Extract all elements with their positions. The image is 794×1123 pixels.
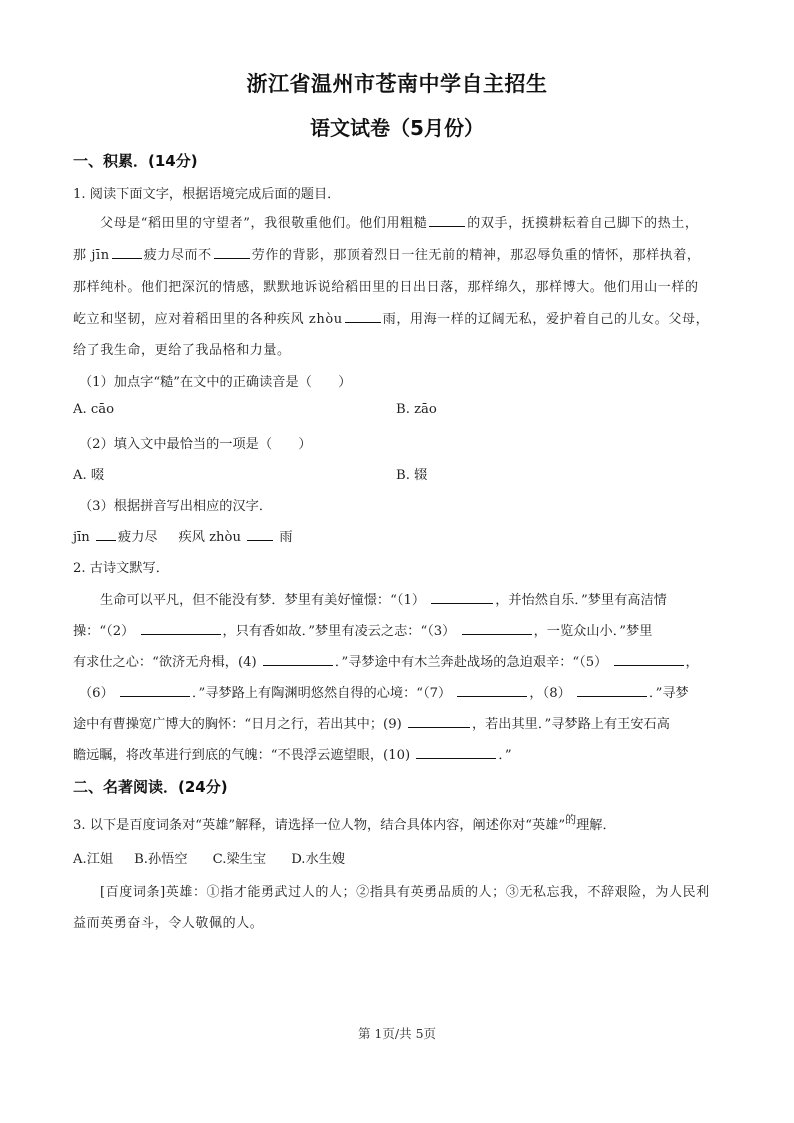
definition-line-1: [百度词条]英雄：①指才能勇武过人的人；②指具有英勇品质的人；③无私忘我，不辞艰… (100, 881, 710, 900)
blank (214, 246, 250, 259)
blank (457, 684, 527, 697)
poem-line-2: 操：“（2） ，只有香如故．”梦里有凌云之志：“（3） ，一览众山小．”梦里 (73, 620, 652, 639)
passage-line-5: 给了我生命，更给了我品格和力量。 (73, 339, 291, 358)
blank (120, 684, 190, 697)
question-3-prompt: 3. 以下是百度词条对“英雄”解释，请选择一位人物，结合具体内容，阐述你对“英雄… (73, 814, 616, 833)
page-indicator: 第 1页/共 5页 (0, 1024, 794, 1042)
option-a-2: A. 啜 (73, 464, 104, 483)
blank (577, 684, 647, 697)
sub-question-2: （2）填入文中最恰当的一项是（ ） (79, 433, 312, 452)
option-b: B.孙悟空 (134, 852, 187, 867)
passage-line-2: 那 jīn疲力尽而不劳作的背影，那顶着烈日一往无前的精神，那忍辱负重的情怀，那样… (73, 244, 701, 263)
passage-line-4: 屹立和坚韧，应对着稻田里的各种疾风 zhòu雨，用海一样的辽阔无私，爱护着自己的… (73, 308, 709, 327)
sub-question-1: （1）加点字“糙”在文中的正确读音是（ ） (79, 371, 351, 390)
blank (416, 746, 496, 759)
option-a: A.江姐 (73, 852, 113, 867)
blank (462, 622, 532, 635)
pinyin-line: jīn 疲力尽 疾风 zhòu 雨 (73, 526, 293, 545)
option-b-1: B. zāo (396, 402, 437, 417)
poem-line-6: 瞻远瞩，将改革进行到底的气魄：“不畏浮云遮望眼，(10) ．” (73, 744, 512, 763)
option-b-2: B. 辍 (396, 464, 427, 483)
passage-line-3: 那样纯朴。他们把深沉的情感，默默地诉说给稻田里的日出日落，那样绵久，那样博大。他… (73, 276, 699, 295)
blank (141, 622, 221, 635)
exam-title: 浙江省温州市苍南中学自主招生 (0, 68, 794, 98)
question-1-prompt: 1. 阅读下面文字，根据语境完成后面的题目． (73, 183, 340, 202)
question-2-prompt: 2. 古诗文默写． (73, 557, 169, 576)
section-heading-accumulation: 一、积累．(14分) (73, 150, 198, 171)
blank (345, 310, 381, 323)
exam-subtitle: 语文试卷（5月份） (0, 112, 794, 141)
blank (429, 214, 465, 227)
blank (247, 528, 273, 541)
poem-line-4: （6） ．”寻梦路上有陶渊明悠然自得的心境：“（7） ，（8） ．”寻梦 (79, 682, 689, 701)
poem-line-1: 生命可以平凡，但不能没有梦．梦里有美好憧憬：“（1） ，并怡然自乐．”梦里有高洁… (100, 589, 667, 608)
exam-page: 浙江省温州市苍南中学自主招生 语文试卷（5月份） 一、积累．(14分) 1. 阅… (0, 0, 794, 1123)
blank (614, 653, 684, 666)
poem-line-5: 途中有曹操宽广博大的胸怀：“日月之行，若出其中；(9) ，若出其里．”寻梦路上有… (73, 713, 670, 732)
option-a-1: A. cāo (73, 402, 114, 417)
blank (96, 528, 116, 541)
blank (408, 715, 470, 728)
option-d: D.水生嫂 (291, 852, 345, 867)
blank (431, 591, 493, 604)
question-3-options: A.江姐 B.孙悟空 C.梁生宝 D.水生嫂 (73, 848, 345, 867)
poem-line-3: 有求仕之心：“欲济无舟楫，(4) ．”寻梦途中有木兰奔赴战场的急迫艰辛：“（5）… (73, 651, 699, 670)
option-c: C.梁生宝 (213, 852, 266, 867)
definition-line-2: 益而英勇奋斗，令人敬佩的人。 (73, 912, 263, 931)
section-heading-classics-reading: 二、名著阅读．(24分) (73, 776, 228, 797)
sub-question-3: （3）根据拼音写出相应的汉字． (79, 495, 272, 514)
passage-line-1: 父母是“稻田里的守望者”，我很敬重他们。他们用粗糙的双手，抚摸耕耘着自己脚下的热… (100, 212, 699, 231)
blank (263, 653, 333, 666)
blank (112, 246, 142, 259)
